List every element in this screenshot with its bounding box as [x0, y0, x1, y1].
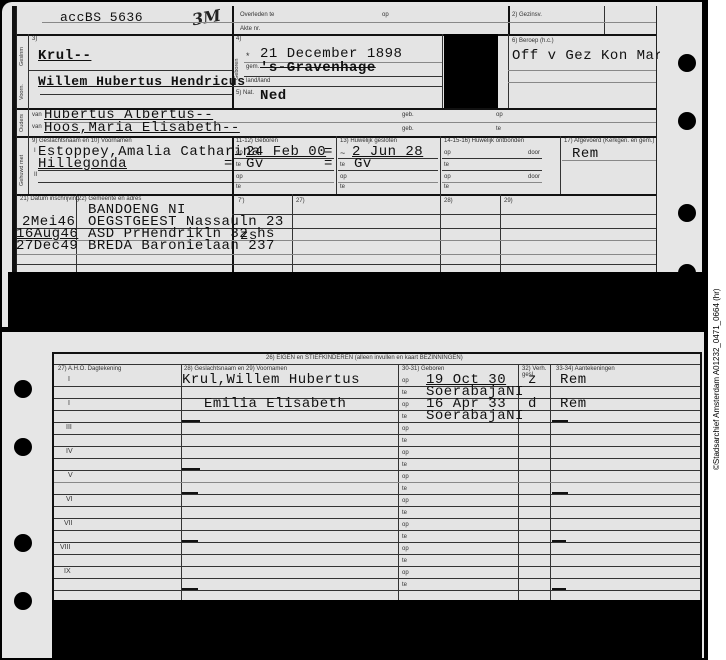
rule [54, 482, 700, 483]
label-op: op [402, 378, 409, 384]
rule [54, 590, 700, 591]
label-te: te [402, 558, 407, 564]
label-op: op [402, 522, 409, 528]
punch-hole [678, 264, 696, 282]
child-roman: I [68, 376, 70, 383]
label-op: op [402, 570, 409, 576]
rule [54, 578, 700, 579]
child-roman: IV [66, 448, 73, 455]
punch-hole [678, 112, 696, 130]
child-roman: V [68, 472, 73, 479]
header-ahc: 27) A.H.O. Dagtekening [58, 366, 121, 372]
label-te: te [402, 534, 407, 540]
label-te: te [402, 438, 407, 444]
label-te: te [402, 486, 407, 492]
archive-caption-strip: ©Stadsarchief Amsterdam A01232_0471_0664… [708, 0, 726, 660]
label-op: op [402, 474, 409, 480]
rule [54, 530, 700, 531]
punch-hole [678, 204, 696, 222]
rule [54, 422, 700, 423]
archive-caption: ©Stadsarchief Amsterdam A01232_0471_0664… [712, 288, 721, 470]
rule [54, 494, 700, 495]
front-right-margin [660, 2, 702, 272]
punch-hole [14, 592, 32, 610]
rule [54, 398, 700, 399]
child-roman: VII [64, 520, 73, 527]
rule [54, 434, 700, 435]
rule [54, 364, 700, 365]
header-sex: 32) Verh. gesl. [522, 366, 552, 378]
punch-hole [14, 380, 32, 398]
child-roman: III [66, 424, 72, 431]
rule [54, 542, 700, 543]
form-border [16, 6, 657, 273]
label-te: te [402, 582, 407, 588]
back-card: 26) EIGEN en STIEFKINDEREN (alleen invul… [2, 332, 704, 658]
children-title: 26) EIGEN en STIEFKINDEREN (alleen invul… [266, 355, 463, 361]
label-te: te [402, 414, 407, 420]
rule [54, 386, 700, 387]
children-form: 26) EIGEN en STIEFKINDEREN (alleen invul… [52, 352, 702, 604]
rule [54, 470, 700, 471]
back-bottom-redaction [52, 600, 702, 658]
punch-hole [14, 438, 32, 456]
rule [54, 446, 700, 447]
rule [54, 518, 700, 519]
child-roman: VI [66, 496, 73, 503]
label-op: op [402, 426, 409, 432]
rule [54, 410, 700, 411]
rule [54, 566, 700, 567]
label-te: te [402, 510, 407, 516]
front-bottom-redaction [8, 272, 702, 328]
label-op: op [402, 498, 409, 504]
rule [54, 554, 700, 555]
label-te: te [402, 462, 407, 468]
child-roman: VIII [60, 544, 71, 551]
child-roman: IX [64, 568, 71, 575]
label-op: op [402, 546, 409, 552]
rule [54, 506, 700, 507]
punch-hole [14, 534, 32, 552]
label-op: op [402, 402, 409, 408]
label-te: te [402, 390, 407, 396]
label-op: op [402, 450, 409, 456]
front-form: accBS 5636 3M Overleden te op Akte nr. 2… [16, 6, 657, 274]
front-card: accBS 5636 3M Overleden te op Akte nr. 2… [2, 2, 702, 327]
child-roman: I [68, 400, 70, 407]
rule [54, 458, 700, 459]
punch-hole [678, 54, 696, 72]
